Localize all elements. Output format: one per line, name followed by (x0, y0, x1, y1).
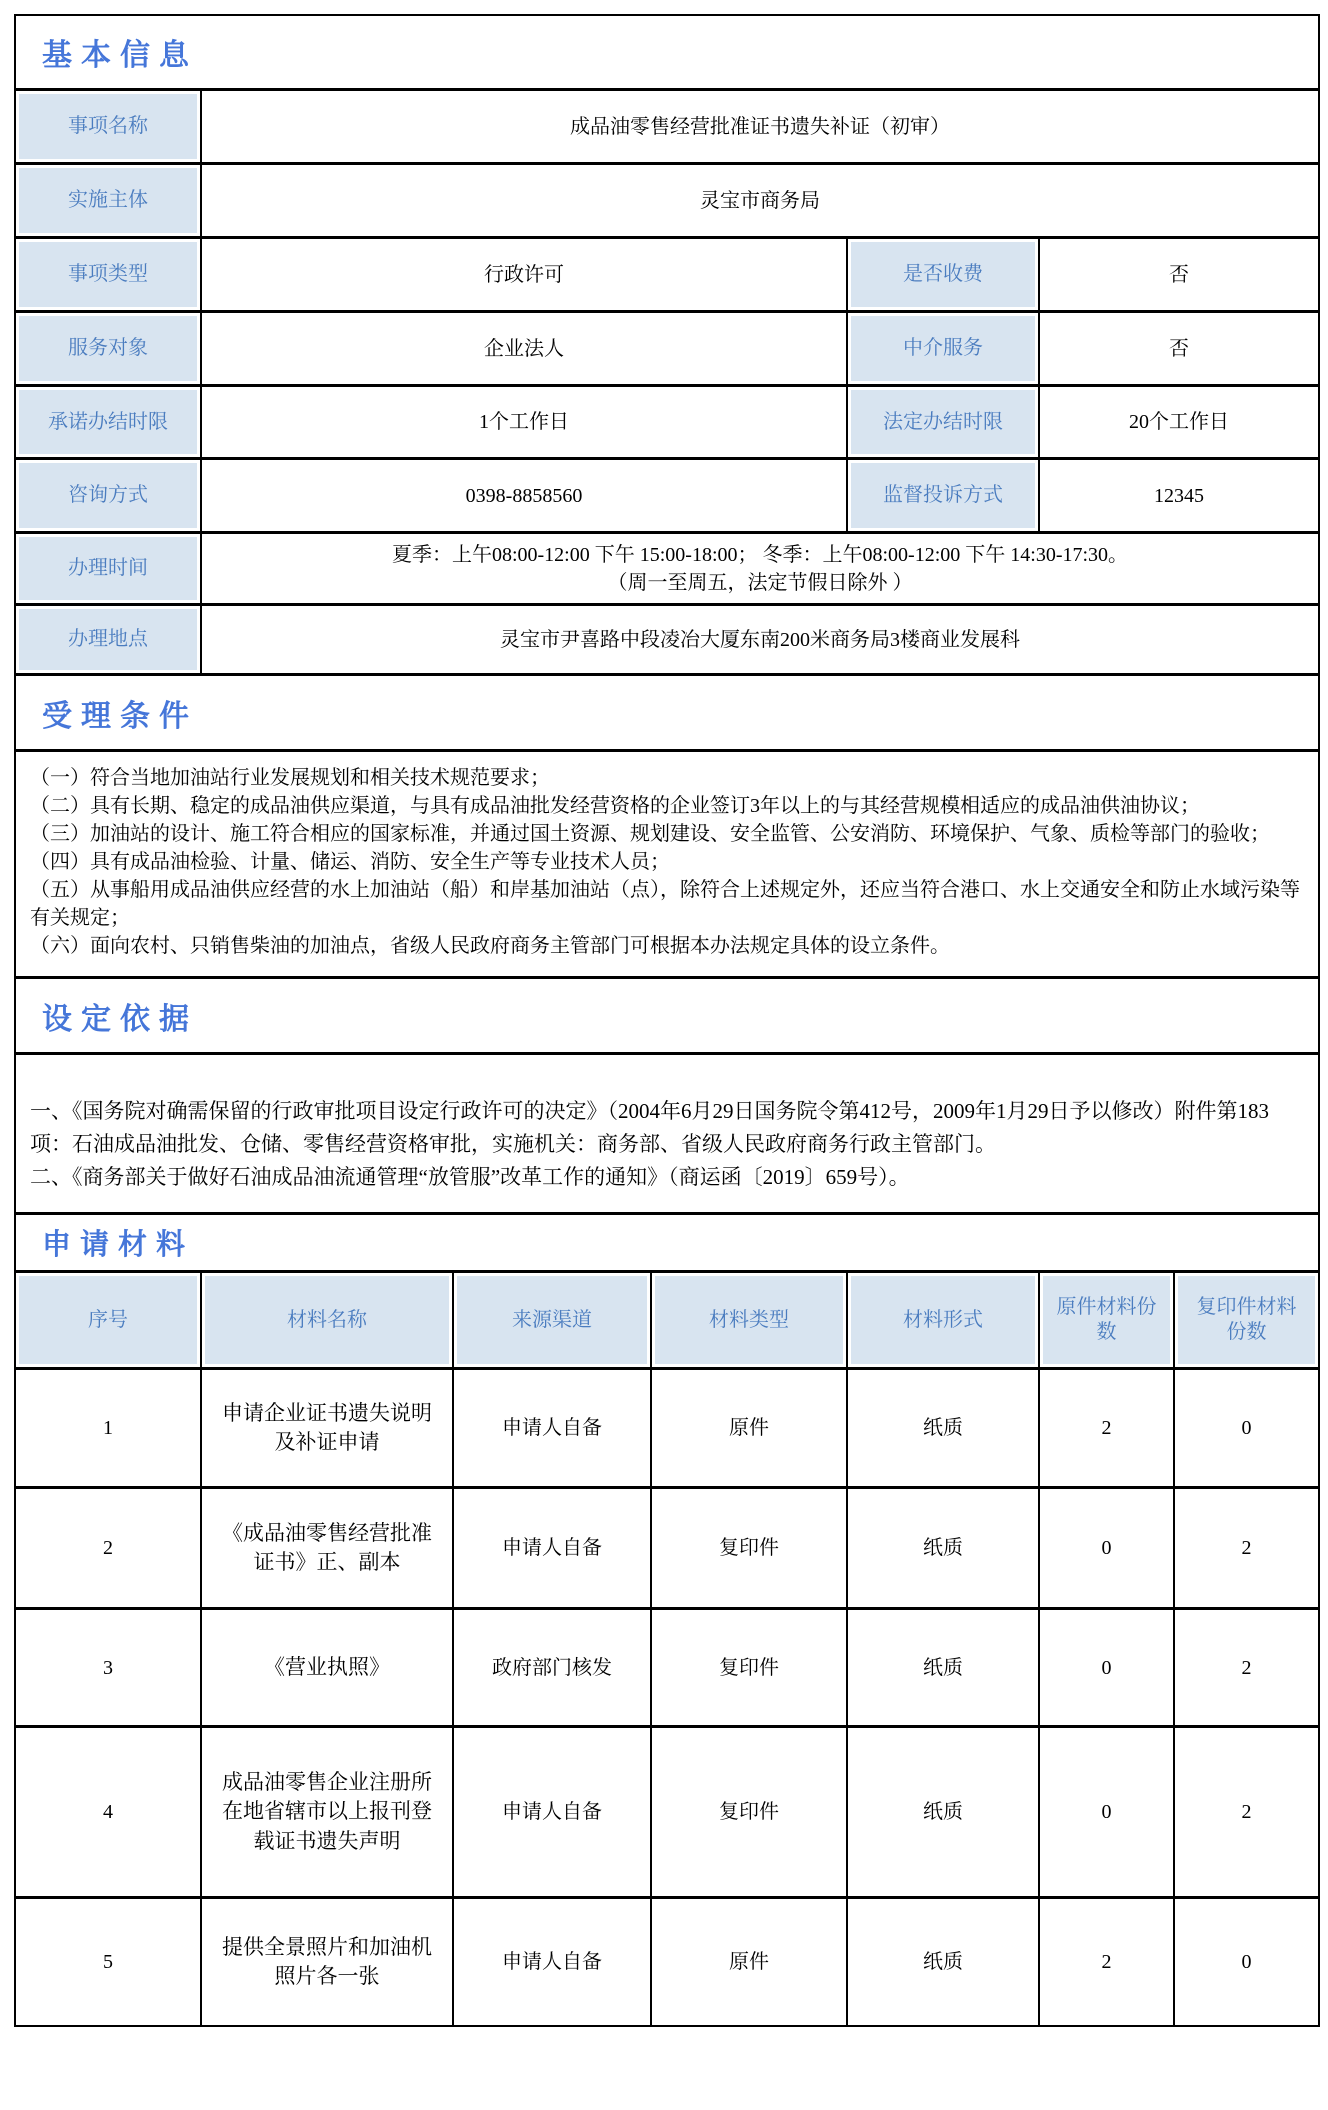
material-3-form: 纸质 (846, 1610, 1038, 1725)
material-3-name: 《营业执照》 (200, 1610, 452, 1725)
materials-row-2: 2 《成品油零售经营批准证书》正、副本 申请人自备 复印件 纸质 0 2 (16, 1486, 1318, 1607)
material-2-form: 纸质 (846, 1489, 1038, 1607)
material-5-name: 提供全景照片和加油机照片各一张 (200, 1899, 452, 2025)
basic-value-fee-charged: 否 (1038, 239, 1318, 310)
basic-label-service-target: 服务对象 (16, 313, 200, 384)
material-4-photocopies: 2 (1173, 1728, 1318, 1896)
basic-value-complaint-hotline: 12345 (1038, 460, 1318, 531)
materials-header-name: 材料名称 (200, 1273, 452, 1367)
material-1-source: 申请人自备 (452, 1370, 650, 1486)
basic-value-office-location: 灵宝市尹喜路中段凌冶大厦东南200米商务局3楼商业发展科 (200, 606, 1318, 673)
materials-header-type: 材料类型 (650, 1273, 846, 1367)
materials-header-photocopies-text: 复印件材料份数 (1178, 1276, 1315, 1364)
basic-label-statutory-time-limit-text: 法定办结时限 (851, 390, 1035, 454)
materials-row-4: 4 成品油零售企业注册所在地省辖市以上报刊登载证书遗失声明 申请人自备 复印件 … (16, 1725, 1318, 1896)
material-3-photocopies: 2 (1173, 1610, 1318, 1725)
basic-label-office-location: 办理地点 (16, 606, 200, 673)
acceptance-condition-3: （三）加油站的设计、施工符合相应的国家标准，并通过国土资源、规划建设、安全监管、… (30, 820, 1304, 848)
materials-header-source: 来源渠道 (452, 1273, 650, 1367)
material-3-seq: 3 (16, 1610, 200, 1725)
materials-header-seq: 序号 (16, 1273, 200, 1367)
basic-label-complaint-channel-text: 监督投诉方式 (851, 463, 1035, 528)
acceptance-conditions-text: （一）符合当地加油站行业发展规划和相关技术规范要求； （二）具有长期、稳定的成品… (16, 749, 1318, 976)
materials-header-source-text: 来源渠道 (457, 1276, 647, 1364)
materials-header-type-text: 材料类型 (655, 1276, 843, 1364)
basic-value-statutory-time-limit: 20个工作日 (1038, 387, 1318, 457)
basic-value-promised-time-limit: 1个工作日 (200, 387, 846, 457)
acceptance-condition-4: （四）具有成品油检验、计量、储运、消防、安全生产等专业技术人员； (30, 848, 1304, 876)
basic-label-item-type: 事项类型 (16, 239, 200, 310)
material-5-seq: 5 (16, 1899, 200, 2025)
basic-label-promised-time-limit-text: 承诺办结时限 (19, 390, 197, 454)
basic-label-item-type-text: 事项类型 (19, 242, 197, 307)
basic-row-office-hours: 办理时间 夏季：上午08:00-12:00 下午 15:00-18:00； 冬季… (16, 531, 1318, 603)
office-hours-line-1: 夏季：上午08:00-12:00 下午 15:00-18:00； 冬季：上午08… (210, 541, 1310, 569)
service-info-document: 基本信息 事项名称 成品油零售经营批准证书遗失补证（初审） 实施主体 灵宝市商务… (14, 14, 1320, 2027)
material-4-form: 纸质 (846, 1728, 1038, 1896)
materials-header-name-text: 材料名称 (205, 1276, 449, 1364)
basic-row-consultation: 咨询方式 0398-8858560 监督投诉方式 12345 (16, 457, 1318, 531)
material-2-photocopies: 2 (1173, 1489, 1318, 1607)
basic-label-item-name: 事项名称 (16, 91, 200, 162)
basic-label-intermediary-service-text: 中介服务 (851, 316, 1035, 381)
acceptance-condition-6: （六）面向农村、只销售柴油的加油点，省级人民政府商务主管部门可根据本办法规定具体… (30, 932, 1304, 960)
material-1-type: 原件 (650, 1370, 846, 1486)
basic-row-service-target: 服务对象 企业法人 中介服务 否 (16, 310, 1318, 384)
section-title-legal-basis: 设定依据 (16, 976, 1318, 1052)
materials-header-original-copies-text: 原件材料份数 (1043, 1276, 1170, 1364)
basic-label-office-location-text: 办理地点 (19, 609, 197, 670)
material-5-source: 申请人自备 (452, 1899, 650, 2025)
basic-label-implementing-body-text: 实施主体 (19, 168, 197, 233)
basic-value-item-type: 行政许可 (200, 239, 846, 310)
basic-label-consultation-text: 咨询方式 (19, 463, 197, 528)
material-4-type: 复印件 (650, 1728, 846, 1896)
section-title-acceptance-conditions: 受理条件 (16, 673, 1318, 749)
material-4-original-copies: 0 (1038, 1728, 1173, 1896)
basic-value-implementing-body: 灵宝市商务局 (200, 165, 1318, 236)
acceptance-condition-2: （二）具有长期、稳定的成品油供应渠道，与具有成品油批发经营资格的企业签订3年以上… (30, 792, 1304, 820)
basic-label-complaint-channel: 监督投诉方式 (846, 460, 1038, 531)
material-2-source: 申请人自备 (452, 1489, 650, 1607)
material-3-original-copies: 0 (1038, 1610, 1173, 1725)
basic-label-intermediary-service: 中介服务 (846, 313, 1038, 384)
material-1-name: 申请企业证书遗失说明及补证申请 (200, 1370, 452, 1486)
basic-row-item-type: 事项类型 行政许可 是否收费 否 (16, 236, 1318, 310)
basic-value-service-target: 企业法人 (200, 313, 846, 384)
materials-header-form-text: 材料形式 (851, 1276, 1035, 1364)
materials-row-3: 3 《营业执照》 政府部门核发 复印件 纸质 0 2 (16, 1607, 1318, 1725)
basic-label-office-hours: 办理时间 (16, 534, 200, 603)
material-1-photocopies: 0 (1173, 1370, 1318, 1486)
materials-row-1: 1 申请企业证书遗失说明及补证申请 申请人自备 原件 纸质 2 0 (16, 1367, 1318, 1486)
material-2-seq: 2 (16, 1489, 200, 1607)
material-1-seq: 1 (16, 1370, 200, 1486)
basic-label-statutory-time-limit: 法定办结时限 (846, 387, 1038, 457)
acceptance-condition-5: （五）从事船用成品油供应经营的水上加油站（船）和岸基加油站（点），除符合上述规定… (30, 876, 1304, 932)
material-2-original-copies: 0 (1038, 1489, 1173, 1607)
material-5-original-copies: 2 (1038, 1899, 1173, 2025)
materials-header-photocopies: 复印件材料份数 (1173, 1273, 1318, 1367)
material-5-form: 纸质 (846, 1899, 1038, 2025)
materials-header-form: 材料形式 (846, 1273, 1038, 1367)
basic-label-item-name-text: 事项名称 (19, 94, 197, 159)
materials-header-original-copies: 原件材料份数 (1038, 1273, 1173, 1367)
basic-value-intermediary-service: 否 (1038, 313, 1318, 384)
material-3-type: 复印件 (650, 1610, 846, 1725)
material-4-source: 申请人自备 (452, 1728, 650, 1896)
materials-header-seq-text: 序号 (19, 1276, 197, 1364)
materials-header-row: 序号 材料名称 来源渠道 材料类型 材料形式 原件材料份数 复印件材料份数 (16, 1270, 1318, 1367)
basic-label-fee-charged: 是否收费 (846, 239, 1038, 310)
basic-row-promised-time-limit: 承诺办结时限 1个工作日 法定办结时限 20个工作日 (16, 384, 1318, 457)
material-1-original-copies: 2 (1038, 1370, 1173, 1486)
acceptance-condition-1: （一）符合当地加油站行业发展规划和相关技术规范要求； (30, 764, 1304, 792)
basic-label-implementing-body: 实施主体 (16, 165, 200, 236)
material-4-name: 成品油零售企业注册所在地省辖市以上报刊登载证书遗失声明 (200, 1728, 452, 1896)
material-5-photocopies: 0 (1173, 1899, 1318, 2025)
material-4-seq: 4 (16, 1728, 200, 1896)
legal-basis-item-1: 一、《国务院对确需保留的行政审批项目设定行政许可的决定》（2004年6月29日国… (30, 1095, 1304, 1161)
basic-value-consultation-phone: 0398-8858560 (200, 460, 846, 531)
materials-row-5: 5 提供全景照片和加油机照片各一张 申请人自备 原件 纸质 2 0 (16, 1896, 1318, 2025)
basic-label-fee-charged-text: 是否收费 (851, 242, 1035, 307)
basic-label-consultation: 咨询方式 (16, 460, 200, 531)
legal-basis-text: 一、《国务院对确需保留的行政审批项目设定行政许可的决定》（2004年6月29日国… (16, 1052, 1318, 1212)
section-title-application-materials: 申请材料 (16, 1212, 1318, 1270)
basic-row-item-name: 事项名称 成品油零售经营批准证书遗失补证（初审） (16, 88, 1318, 162)
office-hours-line-2: （周一至周五，法定节假日除外 ） (210, 569, 1310, 597)
basic-label-service-target-text: 服务对象 (19, 316, 197, 381)
basic-value-item-name: 成品油零售经营批准证书遗失补证（初审） (200, 91, 1318, 162)
basic-row-implementing-body: 实施主体 灵宝市商务局 (16, 162, 1318, 236)
material-2-name: 《成品油零售经营批准证书》正、副本 (200, 1489, 452, 1607)
basic-label-promised-time-limit: 承诺办结时限 (16, 387, 200, 457)
material-3-source: 政府部门核发 (452, 1610, 650, 1725)
basic-value-office-hours: 夏季：上午08:00-12:00 下午 15:00-18:00； 冬季：上午08… (200, 534, 1318, 603)
material-5-type: 原件 (650, 1899, 846, 2025)
material-1-form: 纸质 (846, 1370, 1038, 1486)
legal-basis-item-2: 二、《商务部关于做好石油成品油流通管理“放管服”改革工作的通知》（商运函〔201… (30, 1161, 1304, 1194)
section-title-basic-info: 基本信息 (16, 16, 1318, 88)
basic-row-office-location: 办理地点 灵宝市尹喜路中段凌冶大厦东南200米商务局3楼商业发展科 (16, 603, 1318, 673)
material-2-type: 复印件 (650, 1489, 846, 1607)
basic-label-office-hours-text: 办理时间 (19, 537, 197, 600)
